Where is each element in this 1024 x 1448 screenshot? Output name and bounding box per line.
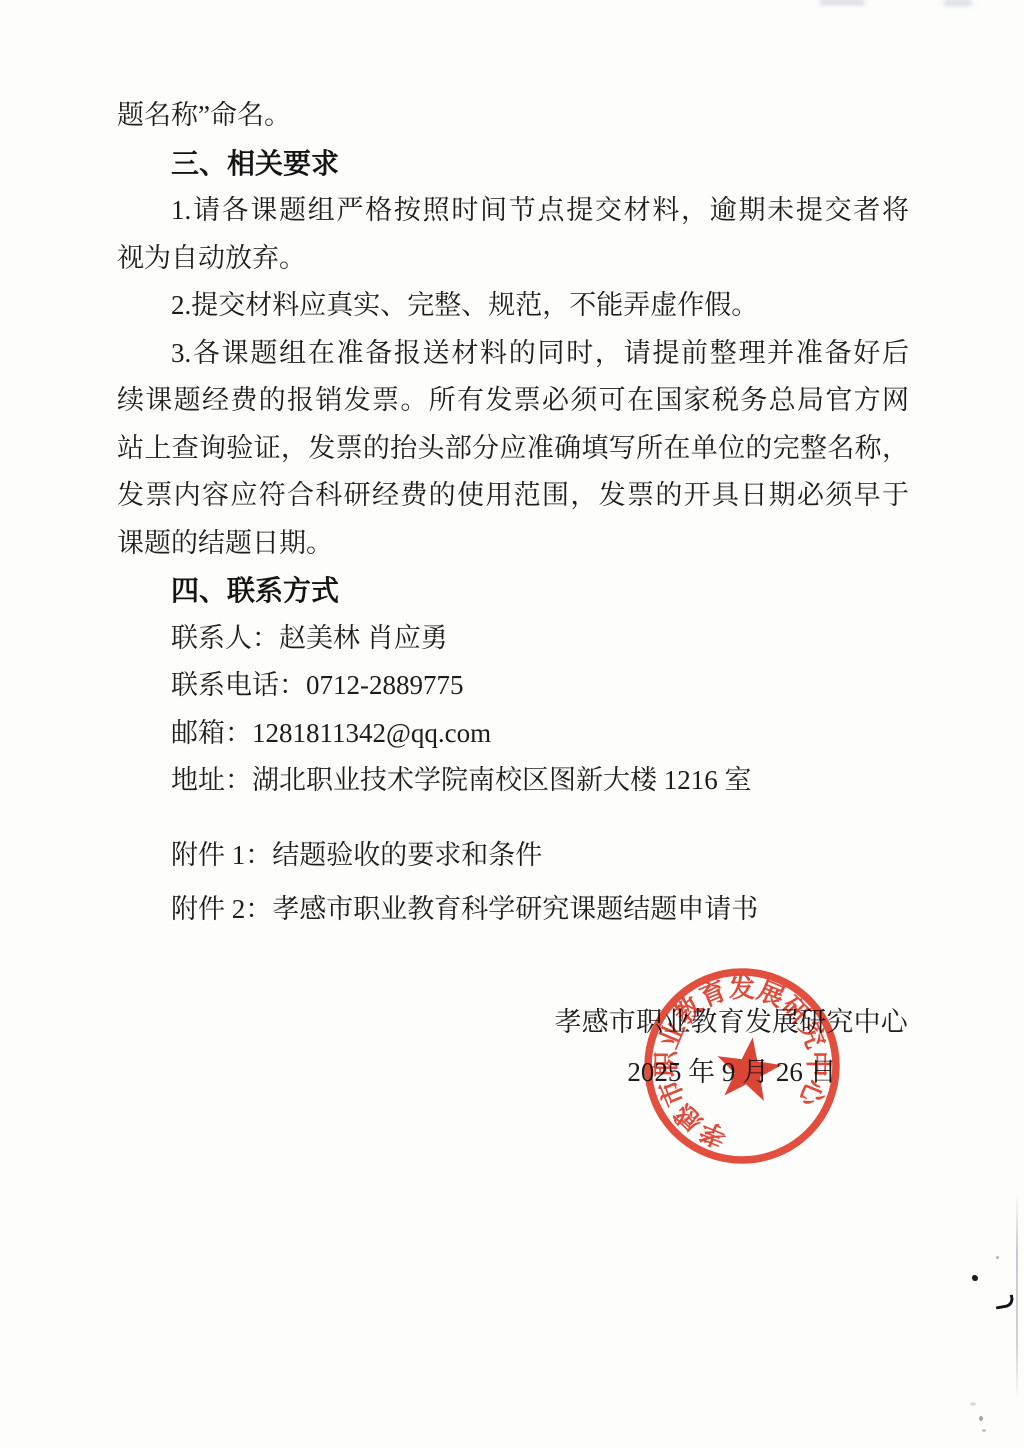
seal-char: 职: [652, 1050, 681, 1077]
section-heading: 四、联系方式: [117, 567, 909, 615]
section-heading: 三、相关要求: [117, 140, 909, 188]
scan-artifact: [996, 1256, 999, 1259]
scan-artifact: [982, 1429, 986, 1432]
seal-star-icon: [712, 1033, 785, 1103]
body-text-line: 发票内容应符合科研经费的使用范围，发票的开具日期必须早于: [117, 472, 909, 520]
scan-artifact: [972, 1275, 978, 1281]
body-text-line: 课题的结题日期。: [117, 520, 909, 568]
scan-artifact: [944, 0, 972, 6]
body-text-line: 续课题经费的报销发票。所有发票必须可在国家税务总局官方网: [117, 377, 909, 425]
scan-artifact: [970, 1402, 976, 1406]
scan-artifact: [994, 1294, 1015, 1309]
seal-char: 发: [729, 973, 755, 1003]
body-text-line: 联系电话：0712-2889775: [117, 662, 909, 710]
scanned-document-page: 题名称”命名。三、相关要求1.请各课题组严格按照时间节点提交材料，逾期未提交者将…: [0, 0, 1024, 1448]
body-text-line: 地址：湖北职业技术学院南校区图新大楼 1216 室: [117, 757, 909, 805]
body-text-line: 站上查询验证，发票的抬头部分应准确填写所在单位的完整名称，: [117, 425, 909, 473]
attachment-line: 附件 1：结题验收的要求和条件: [171, 828, 758, 882]
seal-char: 中: [803, 1051, 832, 1077]
attachment-list: 附件 1：结题验收的要求和条件附件 2：孝感市职业教育科学研究课题结题申请书: [171, 828, 758, 936]
scan-artifact: [820, 0, 864, 5]
body-text-line: 视为自动放弃。: [117, 235, 909, 283]
body-text-line: 邮箱：1281811342@qq.com: [117, 710, 909, 758]
body-text-line: 联系人：赵美林 肖应勇: [117, 615, 909, 663]
scan-artifact: [979, 1416, 983, 1421]
body-text-line: 3.各课题组在准备报送材料的同时，请提前整理并准备好后: [117, 330, 909, 378]
body-text-line: 1.请各课题组严格按照时间节点提交材料，逾期未提交者将: [117, 187, 909, 235]
document-body: 题名称”命名。三、相关要求1.请各课题组严格按照时间节点提交材料，逾期未提交者将…: [117, 92, 909, 805]
attachment-line: 附件 2：孝感市职业教育科学研究课题结题申请书: [171, 882, 758, 936]
body-text-line: 2.提交材料应真实、完整、规范，不能弄虚作假。: [117, 282, 909, 330]
official-seal: 孝感市职业教育发展研究中心: [630, 953, 854, 1177]
body-text-line: 题名称”命名。: [117, 92, 909, 140]
scan-artifact-page-edge: [1016, 1192, 1018, 1394]
